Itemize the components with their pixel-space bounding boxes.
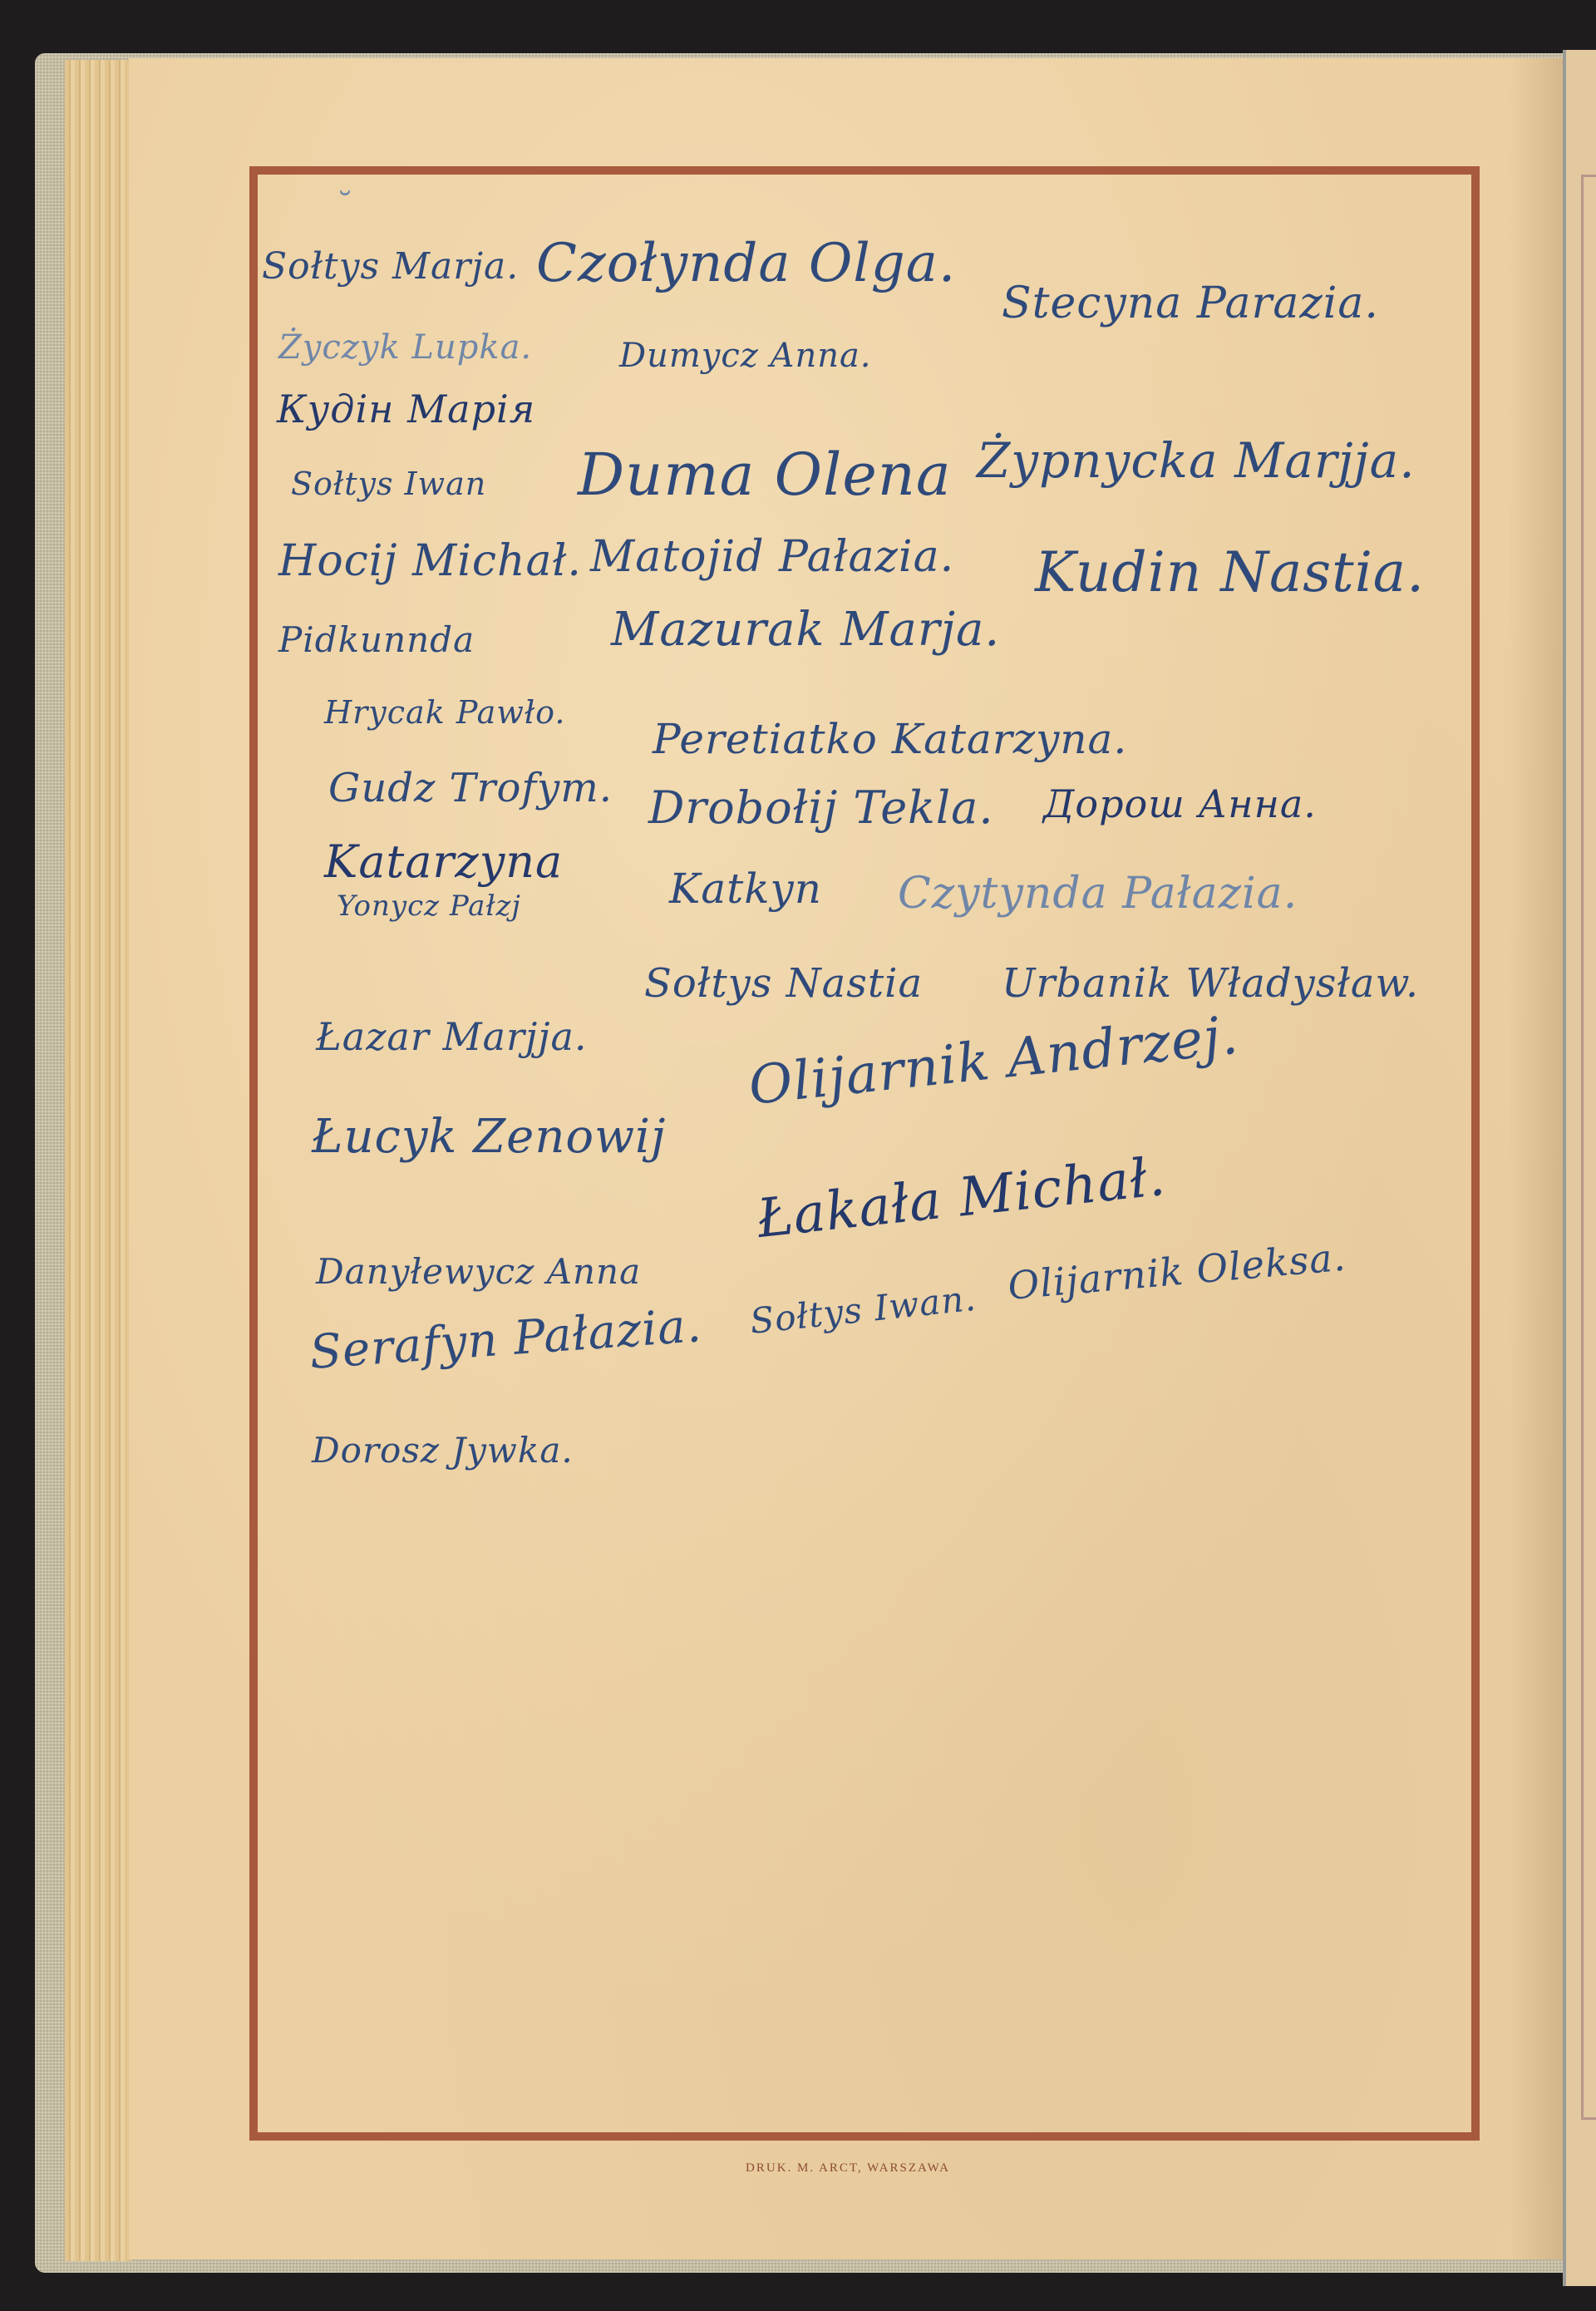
signature: Pidkunnda — [278, 619, 475, 660]
signature: Drobołij Tekla. — [648, 781, 994, 834]
signature: Дорош Анна. — [1043, 781, 1317, 826]
signature: Żypnycka Marjja. — [977, 432, 1416, 489]
signature: Katarzyna — [324, 835, 563, 888]
signature: Czołynda Olga. — [536, 233, 956, 294]
signature: Hrycak Pawło. — [324, 694, 565, 731]
adjacent-page-edge — [1563, 50, 1596, 2286]
signature: Czytynda Pałazia. — [898, 869, 1298, 919]
signature: Hocij Michał. — [278, 536, 582, 586]
signature: Dumycz Anna. — [619, 337, 872, 375]
signature: Życzyk Lupka. — [278, 328, 532, 367]
page-edges — [65, 60, 131, 2261]
signature: Matojid Pałazia. — [590, 532, 954, 582]
signature: Duma Olena — [578, 441, 952, 509]
signature: Urbanik Władysław. — [1002, 960, 1419, 1007]
signature: Kudin Nastia. — [1035, 540, 1425, 604]
signature: Łazar Marjja. — [316, 1014, 588, 1059]
signature: Gudz Trofym. — [328, 765, 613, 811]
signature: Łucyk Zenowij — [312, 1110, 666, 1164]
signature: Sołtys Nastia — [644, 960, 923, 1007]
signature: Stecyna Parazia. — [1002, 278, 1379, 328]
spine-shadow — [1509, 58, 1567, 2259]
printer-imprint: DRUK. M. ARCT, WARSZAWA — [129, 2161, 1567, 2175]
signature: Danyłewycz Anna — [316, 1251, 641, 1292]
signature: Sołtys Marja. — [262, 245, 519, 288]
signature: Mazurak Marja. — [611, 603, 1000, 657]
signature: Sołtys Iwan — [291, 466, 486, 502]
signature: Dorosz Jywka. — [312, 1430, 574, 1471]
page: ˘ Sołtys Marja. Czołynda Olga. Stecyna P… — [129, 58, 1567, 2259]
signature: Peretiatko Katarzyna. — [653, 715, 1127, 763]
signature: Katkyn — [669, 865, 822, 913]
signature: Yonycz Pałzj — [337, 889, 521, 923]
adjacent-page-frame — [1581, 175, 1596, 2120]
signature: Кудін Марiя — [277, 387, 535, 431]
diacritic-mark: ˘ — [337, 187, 353, 225]
